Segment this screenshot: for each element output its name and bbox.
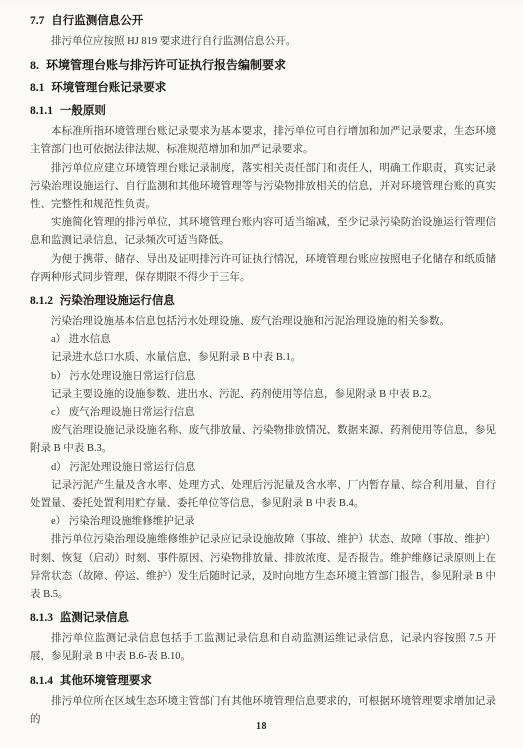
list-item: a） 进水信息 xyxy=(30,331,496,349)
list-item: e） 污染治理设施维修维护记录 xyxy=(30,513,496,531)
paragraph: 排污单位应按照 HJ 819 要求进行自行监测信息公开。 xyxy=(30,33,496,51)
paragraph: 污染治理设施基本信息包括污水处理设施、废气治理设施和污泥治理设施的相关参数。 xyxy=(30,313,496,331)
section-heading: 8.1.2 污染治理设施运行信息 xyxy=(30,292,496,310)
section-heading: 7.7 自行监测信息公开 xyxy=(30,12,496,30)
paragraph: 排污单位应建立环境管理台账记录制度，落实相关责任部门和责任人，明确工作职责，真实… xyxy=(30,160,496,215)
paragraph: 记录主要设施的设施参数、进出水、污泥、药剂使用等信息，参见附录 B 中表 B.2… xyxy=(30,386,496,404)
paragraph: 排污单位污染治理设施维修维护记录应记录设施故障（事故、维护）状态、故障（事故、维… xyxy=(30,531,496,604)
section-heading: 8.1.3 监测记录信息 xyxy=(30,609,496,627)
list-item: d） 污泥处理设施日常运行信息 xyxy=(30,459,496,477)
document-body: 7.7 自行监测信息公开排污单位应按照 HJ 819 要求进行自行监测信息公开。… xyxy=(30,12,496,729)
section-heading: 8.1.1 一般原则 xyxy=(30,102,496,120)
document-page: 7.7 自行监测信息公开排污单位应按照 HJ 819 要求进行自行监测信息公开。… xyxy=(0,0,523,748)
list-item: b） 污水处理设施日常运行信息 xyxy=(30,368,496,386)
list-item: c） 废气治理设施日常运行信息 xyxy=(30,404,496,422)
paragraph: 记录进水总口水质、水量信息，参见附录 B 中表 B.1。 xyxy=(30,349,496,367)
section-heading: 8. 环境管理台账与排污许可证执行报告编制要求 xyxy=(30,56,496,74)
paragraph: 排污单位监测记录信息包括手工监测记录信息和自动监测运维记录信息，记录内容按照 7… xyxy=(30,630,496,666)
paragraph: 废气治理设施记录设施名称、废气排放量、污染物排放情况、数据来源、药剂使用等信息，… xyxy=(30,422,496,458)
section-heading: 8.1.4 其他环境管理要求 xyxy=(30,672,496,690)
paragraph: 为便于携带、储存、导出及证明排污许可证执行情况，环境管理台账应按照电子化储存和纸… xyxy=(30,251,496,287)
paragraph: 记录污泥产生量及含水率、处理方式、处理后污泥量及含水率、厂内暂存量、综合利用量、… xyxy=(30,477,496,513)
paragraph: 本标准所指环境管理台账记录要求为基本要求，排污单位可自行增加和加严记录要求，生态… xyxy=(30,123,496,159)
section-heading: 8.1 环境管理台账记录要求 xyxy=(30,79,496,97)
paragraph: 实施简化管理的排污单位，其环境管理台账内容可适当缩减，至少记录污染防治设施运行管… xyxy=(30,214,496,250)
page-number: 18 xyxy=(0,721,523,732)
